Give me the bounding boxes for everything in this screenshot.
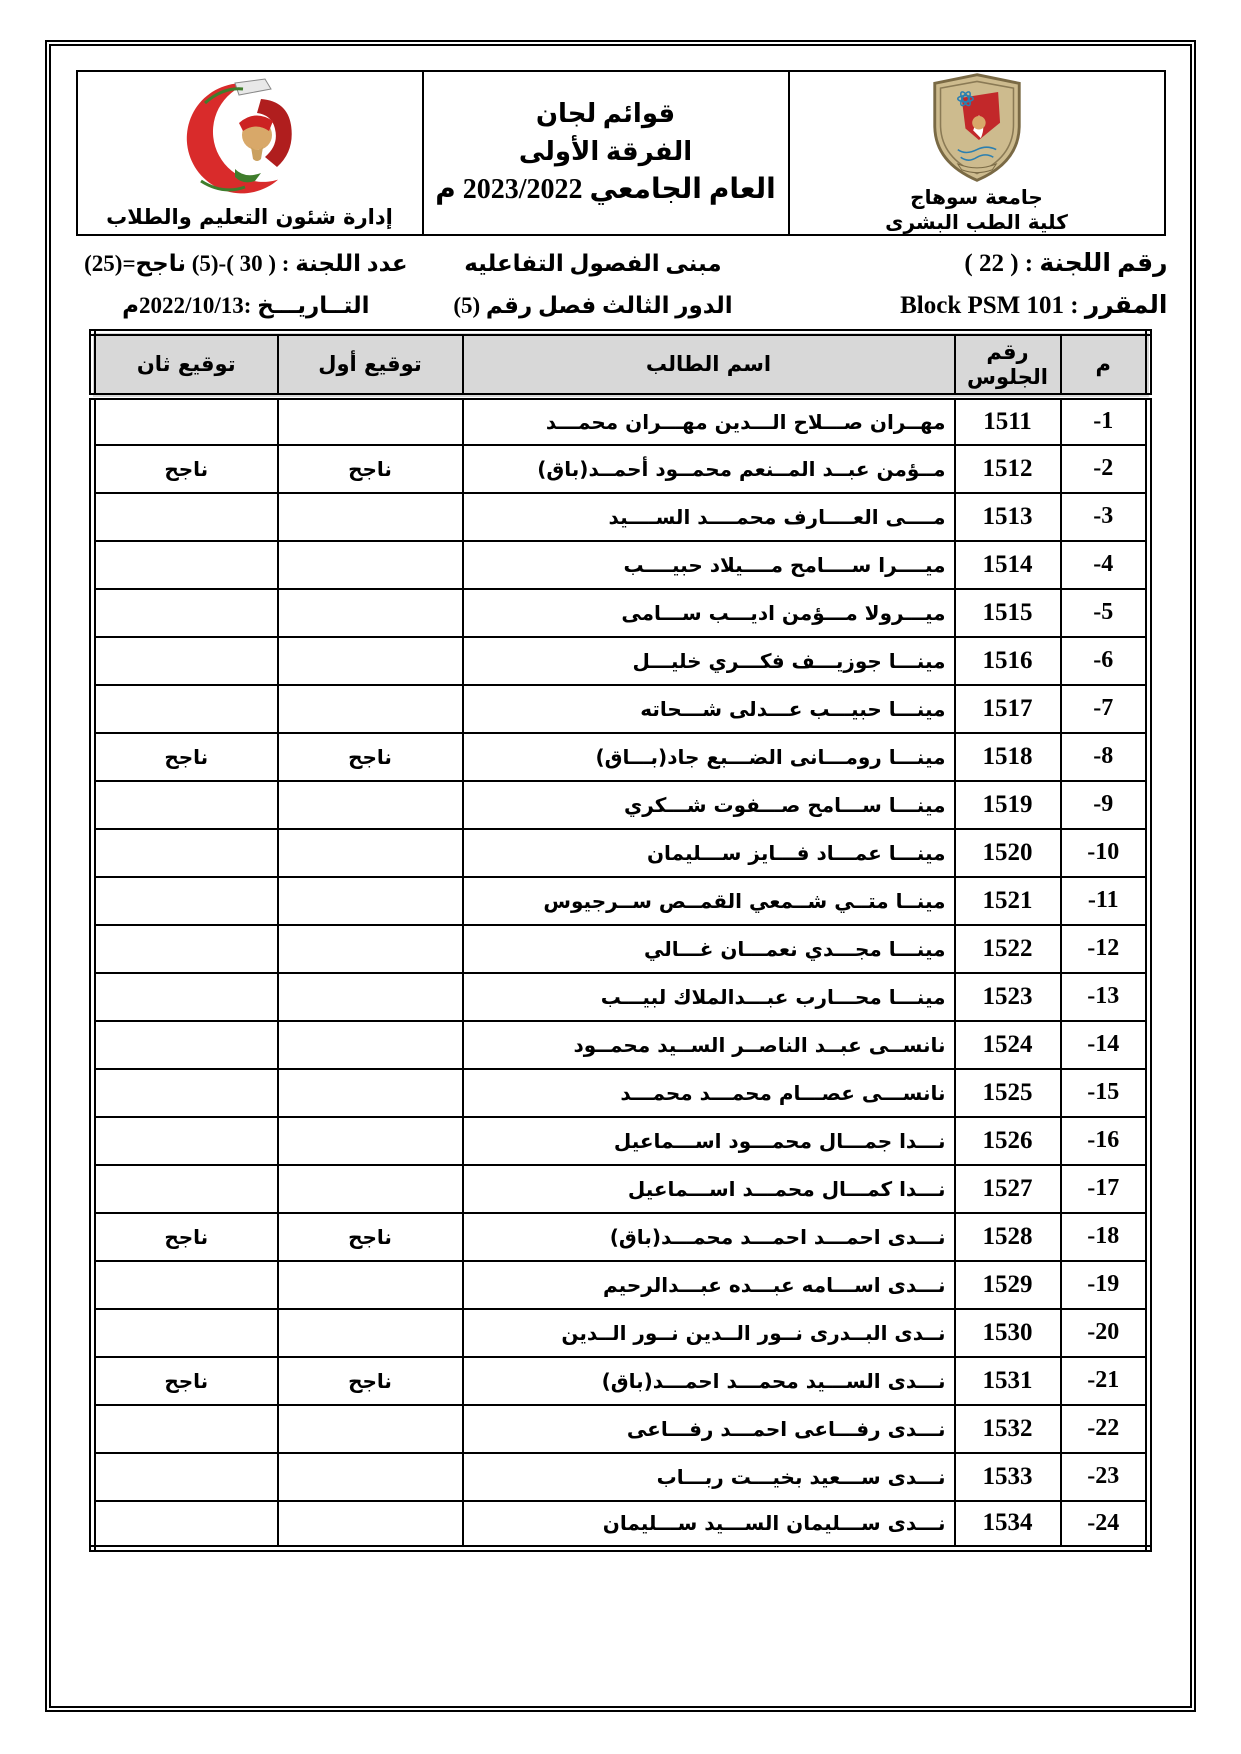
table-row: -51515ميـــرولا مـــؤمن اديـــب ســـامى [93, 589, 1149, 637]
table-row: -91519مينـــا ســـامح صـــفوت شـــكري [93, 781, 1149, 829]
table-row: -171527نـــدا كمـــال محمـــد اســـماعيل [93, 1165, 1149, 1213]
student-name-cell: مينـــا رومـــانى الضـــبع جاد(بـــاق) [463, 733, 955, 781]
table-row: -181528نـــدى احمـــد احمـــد محمـــد(با… [93, 1213, 1149, 1261]
second-signature-cell: ناجح [93, 1357, 278, 1405]
seat-number-cell: 1516 [955, 637, 1061, 685]
table-row: -221532نـــدى رفـــاعى احمـــد رفـــاعى [93, 1405, 1149, 1453]
row-index-cell: -14 [1061, 1021, 1149, 1069]
first-signature-cell [278, 1021, 463, 1069]
student-name-cell: ميـــرولا مـــؤمن اديـــب ســـامى [463, 589, 955, 637]
col-header-seat: رقم الجلوس [955, 333, 1061, 397]
row-index-cell: -23 [1061, 1453, 1149, 1501]
table-row: -161526نـــدا جمـــال محمـــود اســـماعي… [93, 1117, 1149, 1165]
row-index-cell: -16 [1061, 1117, 1149, 1165]
academic-year: العام الجامعي 2023/2022 م [435, 170, 776, 211]
second-signature-cell [93, 1309, 278, 1357]
student-name-cell: نانســى عبــد الناصــر الســيد محمــود [463, 1021, 955, 1069]
second-signature-cell [93, 589, 278, 637]
second-signature-cell [93, 1261, 278, 1309]
row-index-cell: -1 [1061, 397, 1149, 445]
table-row: -111521مينــا متــي شــمعي القمــص ســرج… [93, 877, 1149, 925]
second-signature-cell [93, 541, 278, 589]
second-signature-cell [93, 1069, 278, 1117]
table-row: -81518مينـــا رومـــانى الضـــبع جاد(بــ… [93, 733, 1149, 781]
student-name-cell: مــؤمن عبــد المــنعم محمــود أحمــد(باق… [463, 445, 955, 493]
second-signature-cell: ناجح [93, 445, 278, 493]
administration-header-cell: إدارة شئون التعليم والطلاب [78, 72, 422, 234]
page-frame: جامعة سوهاج كلية الطب البشرى قوائم لجان … [45, 40, 1196, 1712]
administration-name: إدارة شئون التعليم والطلاب [106, 205, 393, 229]
table-row: -21512مــؤمن عبــد المــنعم محمــود أحمـ… [93, 445, 1149, 493]
first-signature-cell [278, 829, 463, 877]
row-index-cell: -22 [1061, 1405, 1149, 1453]
first-signature-cell [278, 1309, 463, 1357]
seat-number-cell: 1533 [955, 1453, 1061, 1501]
table-row: -101520مينـــا عمـــاد فـــايز ســـليمان [93, 829, 1149, 877]
row-index-cell: -4 [1061, 541, 1149, 589]
row-index-cell: -5 [1061, 589, 1149, 637]
first-signature-cell [278, 637, 463, 685]
student-name-cell: مينـــا مجـــدي نعمـــان غـــالي [463, 925, 955, 973]
document-title-line2: الفرقة الأولى [519, 133, 692, 171]
table-row: -201530نــدى البــدرى نــور الــدين نــو… [93, 1309, 1149, 1357]
row-index-cell: -18 [1061, 1213, 1149, 1261]
first-signature-cell [278, 925, 463, 973]
student-name-cell: نـــدا كمـــال محمـــد اســـماعيل [463, 1165, 955, 1213]
second-signature-cell [93, 1165, 278, 1213]
document-header: جامعة سوهاج كلية الطب البشرى قوائم لجان … [76, 70, 1166, 236]
student-name-cell: نـــدى ســـليمان الســـيد ســـليمان [463, 1501, 955, 1549]
title-cell: قوائم لجان الفرقة الأولى العام الجامعي 2… [422, 72, 790, 234]
document-title-line1: قوائم لجان [536, 95, 675, 133]
row-index-cell: -8 [1061, 733, 1149, 781]
seat-number-cell: 1523 [955, 973, 1061, 1021]
table-row: -211531نـــدى الســـيد محمـــد احمـــد(ب… [93, 1357, 1149, 1405]
second-signature-cell [93, 685, 278, 733]
table-row: -61516مينـــا جوزيـــف فكـــري خليـــل [93, 637, 1149, 685]
row-index-cell: -2 [1061, 445, 1149, 493]
table-row: -131523مينـــا محـــارب عبـــدالملاك لبي… [93, 973, 1149, 1021]
first-signature-cell [278, 1165, 463, 1213]
first-signature-cell [278, 1069, 463, 1117]
second-signature-cell [93, 925, 278, 973]
student-name-cell: ميــــرا ســــامح مــــيلاد حبيــــب [463, 541, 955, 589]
first-signature-cell [278, 1261, 463, 1309]
red-crescent-logo [165, 77, 335, 203]
seat-number-cell: 1528 [955, 1213, 1061, 1261]
second-signature-cell [93, 877, 278, 925]
second-signature-cell: ناجح [93, 1213, 278, 1261]
first-signature-cell [278, 877, 463, 925]
student-name-cell: مهــران صـــلاح الـــدين مهـــران محمـــ… [463, 397, 955, 445]
student-name-cell: نـــدى رفـــاعى احمـــد رفـــاعى [463, 1405, 955, 1453]
col-header-name: اسم الطالب [463, 333, 955, 397]
seat-number-cell: 1515 [955, 589, 1061, 637]
row-index-cell: -7 [1061, 685, 1149, 733]
second-signature-cell [93, 637, 278, 685]
first-signature-cell [278, 1117, 463, 1165]
seat-number-cell: 1524 [955, 1021, 1061, 1069]
second-signature-cell [93, 781, 278, 829]
row-index-cell: -6 [1061, 637, 1149, 685]
seat-number-cell: 1520 [955, 829, 1061, 877]
table-row: -71517مينـــا حبيـــب عـــدلى شـــحاته [93, 685, 1149, 733]
seat-number-cell: 1518 [955, 733, 1061, 781]
seat-number-cell: 1525 [955, 1069, 1061, 1117]
first-signature-cell [278, 781, 463, 829]
student-name-cell: نـــدى احمـــد احمـــد محمـــد(باق) [463, 1213, 955, 1261]
student-name-cell: نـــدا جمـــال محمـــود اســـماعيل [463, 1117, 955, 1165]
row-index-cell: -20 [1061, 1309, 1149, 1357]
second-signature-cell [93, 1405, 278, 1453]
table-row: -11511مهــران صـــلاح الـــدين مهـــران … [93, 397, 1149, 445]
first-signature-cell [278, 973, 463, 1021]
row-index-cell: -11 [1061, 877, 1149, 925]
table-row: -41514ميــــرا ســــامح مــــيلاد حبيـــ… [93, 541, 1149, 589]
committee-count: عدد اللجنة : ( 30 )-(5) ناجح=(25) [70, 251, 423, 277]
info-row-1: رقم اللجنة : ( 22 ) مبنى الفصول التفاعلي… [70, 248, 1172, 278]
committee-table-body: -11511مهــران صـــلاح الـــدين مهـــران … [93, 397, 1149, 1549]
student-name-cell: مينـــا محـــارب عبـــدالملاك لبيـــب [463, 973, 955, 1021]
first-signature-cell [278, 589, 463, 637]
second-signature-cell [93, 1453, 278, 1501]
second-signature-cell [93, 493, 278, 541]
seat-number-cell: 1529 [955, 1261, 1061, 1309]
student-name-cell: مــــى العــــارف محمــــد الســــيد [463, 493, 955, 541]
student-name-cell: مينـــا ســـامح صـــفوت شـــكري [463, 781, 955, 829]
col-header-sig-second: توقيع ثان [93, 333, 278, 397]
first-signature-cell [278, 1453, 463, 1501]
table-row: -151525نانســـى عصـــام محمـــد محمـــد [93, 1069, 1149, 1117]
university-name: جامعة سوهاج [910, 186, 1043, 209]
student-name-cell: مينــا متــي شــمعي القمــص ســرجيوس [463, 877, 955, 925]
seat-number-cell: 1527 [955, 1165, 1061, 1213]
table-row: -31513مــــى العــــارف محمــــد الســــ… [93, 493, 1149, 541]
course-code: المقرر : Block PSM 101 [764, 290, 1172, 320]
exam-date: التــاريـــخ :2022/10/13م [70, 293, 423, 319]
row-index-cell: -21 [1061, 1357, 1149, 1405]
faculty-name: كلية الطب البشرى [885, 211, 1068, 234]
first-signature-cell [278, 397, 463, 445]
row-index-cell: -12 [1061, 925, 1149, 973]
seat-number-cell: 1526 [955, 1117, 1061, 1165]
first-signature-cell: ناجح [278, 1213, 463, 1261]
first-signature-cell: ناجح [278, 733, 463, 781]
student-name-cell: نـــدى اســـامه عبـــده عبـــدالرحيم [463, 1261, 955, 1309]
first-signature-cell [278, 685, 463, 733]
student-name-cell: مينـــا جوزيـــف فكـــري خليـــل [463, 637, 955, 685]
seat-number-cell: 1513 [955, 493, 1061, 541]
row-index-cell: -17 [1061, 1165, 1149, 1213]
building-name: مبنى الفصول التفاعليه [422, 251, 764, 277]
row-index-cell: -10 [1061, 829, 1149, 877]
seat-number-cell: 1514 [955, 541, 1061, 589]
committee-table: م رقم الجلوس اسم الطالب توقيع أول توقيع … [89, 329, 1152, 1552]
row-index-cell: -19 [1061, 1261, 1149, 1309]
first-signature-cell [278, 541, 463, 589]
row-index-cell: -24 [1061, 1501, 1149, 1549]
seat-number-cell: 1530 [955, 1309, 1061, 1357]
student-name-cell: نـــدى الســـيد محمـــد احمـــد(باق) [463, 1357, 955, 1405]
student-name-cell: نـــدى ســـعيد بخيـــت ربـــاب [463, 1453, 955, 1501]
seat-number-cell: 1512 [955, 445, 1061, 493]
row-index-cell: -13 [1061, 973, 1149, 1021]
seat-number-cell: 1517 [955, 685, 1061, 733]
table-row: -241534نـــدى ســـليمان الســـيد ســـليم… [93, 1501, 1149, 1549]
seat-number-cell: 1534 [955, 1501, 1061, 1549]
first-signature-cell: ناجح [278, 445, 463, 493]
second-signature-cell: ناجح [93, 733, 278, 781]
seat-number-cell: 1521 [955, 877, 1061, 925]
seat-number-cell: 1522 [955, 925, 1061, 973]
col-header-sig-first: توقيع أول [278, 333, 463, 397]
university-shield-logo [929, 72, 1025, 184]
row-index-cell: -15 [1061, 1069, 1149, 1117]
info-row-2: المقرر : Block PSM 101 الدور الثالث فصل … [70, 290, 1172, 320]
seat-number-cell: 1532 [955, 1405, 1061, 1453]
first-signature-cell [278, 1405, 463, 1453]
first-signature-cell: ناجح [278, 1357, 463, 1405]
table-row: -231533نـــدى ســـعيد بخيـــت ربـــاب [93, 1453, 1149, 1501]
row-index-cell: -9 [1061, 781, 1149, 829]
row-index-cell: -3 [1061, 493, 1149, 541]
student-name-cell: مينـــا عمـــاد فـــايز ســـليمان [463, 829, 955, 877]
second-signature-cell [93, 1021, 278, 1069]
second-signature-cell [93, 973, 278, 1021]
first-signature-cell [278, 1501, 463, 1549]
second-signature-cell [93, 829, 278, 877]
seat-number-cell: 1511 [955, 397, 1061, 445]
first-signature-cell [278, 493, 463, 541]
col-header-index: م [1061, 333, 1149, 397]
table-row: -141524نانســى عبــد الناصــر الســيد مح… [93, 1021, 1149, 1069]
student-name-cell: نانســـى عصـــام محمـــد محمـــد [463, 1069, 955, 1117]
table-row: -191529نـــدى اســـامه عبـــده عبـــدالر… [93, 1261, 1149, 1309]
table-row: -121522مينـــا مجـــدي نعمـــان غـــالي [93, 925, 1149, 973]
student-name-cell: نــدى البــدرى نــور الــدين نــور الــد… [463, 1309, 955, 1357]
room-location: الدور الثالث فصل رقم (5) [422, 293, 764, 319]
second-signature-cell [93, 1117, 278, 1165]
second-signature-cell [93, 1501, 278, 1549]
second-signature-cell [93, 397, 278, 445]
seat-number-cell: 1519 [955, 781, 1061, 829]
committee-number: رقم اللجنة : ( 22 ) [764, 248, 1172, 278]
seat-number-cell: 1531 [955, 1357, 1061, 1405]
student-name-cell: مينـــا حبيـــب عـــدلى شـــحاته [463, 685, 955, 733]
table-header-row: م رقم الجلوس اسم الطالب توقيع أول توقيع … [93, 333, 1149, 397]
university-header-cell: جامعة سوهاج كلية الطب البشرى [790, 72, 1164, 234]
